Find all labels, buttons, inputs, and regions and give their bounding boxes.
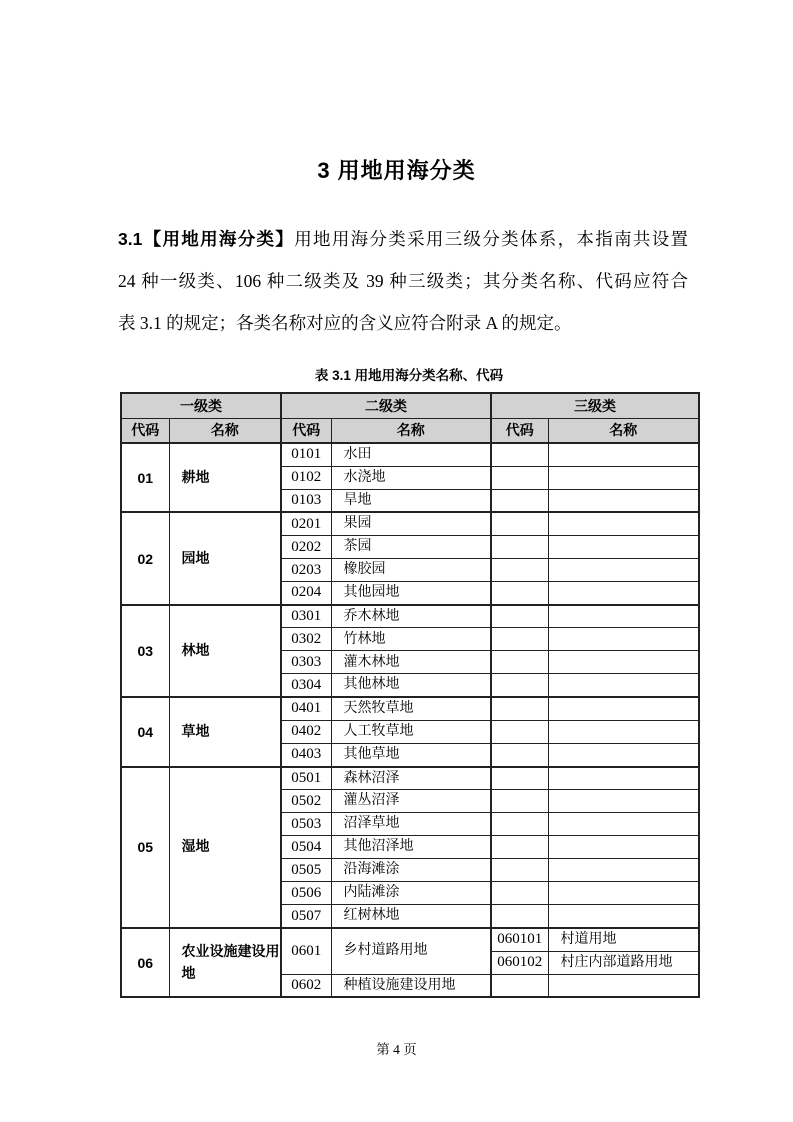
level3-code-cell	[491, 674, 548, 697]
level3-code-cell	[491, 882, 548, 905]
level3-name-cell	[548, 536, 699, 559]
level3-code-cell	[491, 582, 548, 605]
level1-code-cell: 01	[121, 443, 169, 512]
table-row: 02园地0201果园	[121, 512, 699, 535]
level2-code-cell: 0507	[281, 905, 331, 928]
level3-code-cell	[491, 651, 548, 674]
level1-name-cell: 耕地	[169, 443, 281, 512]
level2-code-cell: 0203	[281, 559, 331, 582]
level2-name-cell: 灌木林地	[331, 651, 491, 674]
level2-name-cell: 内陆滩涂	[331, 882, 491, 905]
level3-code-cell	[491, 512, 548, 535]
level1-name-cell: 农业设施建设用地	[169, 928, 281, 997]
level3-name-cell	[548, 813, 699, 836]
table-row: 04草地0401天然牧草地	[121, 697, 699, 720]
column-header-l2-name: 名称	[331, 418, 491, 443]
classification-table-body: 01耕地0101水田0102水浇地0103旱地02园地0201果园0202茶园0…	[121, 443, 699, 997]
table-row: 06农业设施建设用地0601乡村道路用地060101村道用地	[121, 928, 699, 951]
level1-code-cell: 05	[121, 767, 169, 928]
level1-code-cell: 06	[121, 928, 169, 997]
level2-code-cell: 0402	[281, 720, 331, 743]
level3-code-cell	[491, 720, 548, 743]
level2-name-cell: 沿海滩涂	[331, 859, 491, 882]
level2-code-cell: 0201	[281, 512, 331, 535]
column-header-l1-code: 代码	[121, 418, 169, 443]
level3-name-cell	[548, 905, 699, 928]
level2-code-cell: 0401	[281, 697, 331, 720]
paragraph-line-2: 24 种一级类、106 种二级类及 39 种三级类；其分类名称、代码应符合	[118, 260, 688, 302]
level2-name-cell: 天然牧草地	[331, 697, 491, 720]
level3-name-cell	[548, 767, 699, 790]
level3-code-cell	[491, 905, 548, 928]
level3-name-cell: 村道用地	[548, 928, 699, 951]
page-title: 3 用地用海分类	[0, 158, 793, 184]
level3-name-cell	[548, 697, 699, 720]
level3-code-cell	[491, 859, 548, 882]
level2-name-cell: 乡村道路用地	[331, 928, 491, 974]
paragraph-line-3: 表 3.1 的规定；各类名称对应的含义应符合附录 A 的规定。	[118, 302, 688, 344]
level2-code-cell: 0302	[281, 628, 331, 651]
level2-code-cell: 0204	[281, 582, 331, 605]
level2-name-cell: 水浇地	[331, 466, 491, 489]
level2-code-cell: 0506	[281, 882, 331, 905]
level2-code-cell: 0101	[281, 443, 331, 466]
level3-name-cell	[548, 651, 699, 674]
level3-code-cell	[491, 697, 548, 720]
level1-name-cell: 湿地	[169, 767, 281, 928]
level3-code-cell: 060101	[491, 928, 548, 951]
level3-code-cell	[491, 628, 548, 651]
level3-name-cell	[548, 836, 699, 859]
level2-code-cell: 0502	[281, 790, 331, 813]
paragraph-line-1-text: 用地用海分类采用三级分类体系，本指南共设置	[294, 229, 688, 249]
column-header-l3-code: 代码	[491, 418, 548, 443]
level2-name-cell: 水田	[331, 443, 491, 466]
table-caption: 表 3.1 用地用海分类名称、代码	[120, 366, 698, 386]
level3-code-cell	[491, 466, 548, 489]
table-row: 05湿地0501森林沼泽	[121, 767, 699, 790]
level2-code-cell: 0501	[281, 767, 331, 790]
level2-name-cell: 森林沼泽	[331, 767, 491, 790]
level1-name-cell: 草地	[169, 697, 281, 766]
level3-name-cell	[548, 489, 699, 512]
clause-lead-label: 3.1【用地用海分类】	[118, 229, 294, 249]
table-row: 03林地0301乔木林地	[121, 605, 699, 628]
column-header-row: 代码 名称 代码 名称 代码 名称	[121, 418, 699, 443]
level1-code-cell: 03	[121, 605, 169, 697]
level2-code-cell: 0202	[281, 536, 331, 559]
level3-code-cell	[491, 743, 548, 766]
column-header-l3-name: 名称	[548, 418, 699, 443]
level3-code-cell	[491, 836, 548, 859]
level3-code-cell	[491, 536, 548, 559]
level3-code-cell	[491, 767, 548, 790]
level3-name-cell	[548, 466, 699, 489]
level3-name-cell	[548, 605, 699, 628]
level3-name-cell	[548, 859, 699, 882]
level2-name-cell: 乔木林地	[331, 605, 491, 628]
level3-name-cell	[548, 882, 699, 905]
level2-name-cell: 橡胶园	[331, 559, 491, 582]
paragraph-line-1: 3.1【用地用海分类】用地用海分类采用三级分类体系，本指南共设置	[118, 218, 688, 260]
level3-code-cell	[491, 974, 548, 997]
body-paragraph: 3.1【用地用海分类】用地用海分类采用三级分类体系，本指南共设置 24 种一级类…	[118, 218, 688, 344]
level3-name-cell	[548, 512, 699, 535]
column-header-l2-code: 代码	[281, 418, 331, 443]
level1-code-cell: 02	[121, 512, 169, 604]
level2-name-cell: 人工牧草地	[331, 720, 491, 743]
level2-code-cell: 0303	[281, 651, 331, 674]
group-header-level3: 三级类	[491, 393, 699, 418]
page-number: 第 4 页	[0, 1038, 793, 1058]
group-header-row: 一级类 二级类 三级类	[121, 393, 699, 418]
level2-code-cell: 0301	[281, 605, 331, 628]
level3-code-cell	[491, 489, 548, 512]
level3-name-cell	[548, 582, 699, 605]
level2-code-cell: 0602	[281, 974, 331, 997]
level2-code-cell: 0505	[281, 859, 331, 882]
level3-code-cell	[491, 790, 548, 813]
level2-code-cell: 0403	[281, 743, 331, 766]
level2-name-cell: 竹林地	[331, 628, 491, 651]
level2-name-cell: 其他沼泽地	[331, 836, 491, 859]
level2-name-cell: 其他林地	[331, 674, 491, 697]
level3-code-cell	[491, 559, 548, 582]
level3-name-cell: 村庄内部道路用地	[548, 951, 699, 974]
level2-code-cell: 0102	[281, 466, 331, 489]
level3-code-cell: 060102	[491, 951, 548, 974]
level3-name-cell	[548, 559, 699, 582]
level3-name-cell	[548, 720, 699, 743]
level3-name-cell	[548, 974, 699, 997]
classification-table-head: 一级类 二级类 三级类 代码 名称 代码 名称 代码 名称	[121, 393, 699, 443]
level3-name-cell	[548, 628, 699, 651]
level3-name-cell	[548, 443, 699, 466]
level2-name-cell: 旱地	[331, 489, 491, 512]
level2-name-cell: 沼泽草地	[331, 813, 491, 836]
level2-name-cell: 其他草地	[331, 743, 491, 766]
level3-name-cell	[548, 790, 699, 813]
level3-name-cell	[548, 674, 699, 697]
level2-code-cell: 0504	[281, 836, 331, 859]
level3-code-cell	[491, 813, 548, 836]
level3-code-cell	[491, 443, 548, 466]
level2-code-cell: 0503	[281, 813, 331, 836]
group-header-level2: 二级类	[281, 393, 491, 418]
level3-name-cell	[548, 743, 699, 766]
level1-name-cell: 园地	[169, 512, 281, 604]
classification-table: 一级类 二级类 三级类 代码 名称 代码 名称 代码 名称 01耕地0101水田…	[120, 392, 700, 998]
document-page: 3 用地用海分类 3.1【用地用海分类】用地用海分类采用三级分类体系，本指南共设…	[0, 0, 793, 1122]
level2-name-cell: 其他园地	[331, 582, 491, 605]
level2-name-cell: 茶园	[331, 536, 491, 559]
level2-name-cell: 果园	[331, 512, 491, 535]
column-header-l1-name: 名称	[169, 418, 281, 443]
level3-code-cell	[491, 605, 548, 628]
level1-name-cell: 林地	[169, 605, 281, 697]
level2-code-cell: 0103	[281, 489, 331, 512]
table-row: 01耕地0101水田	[121, 443, 699, 466]
level2-code-cell: 0601	[281, 928, 331, 974]
group-header-level1: 一级类	[121, 393, 281, 418]
level1-code-cell: 04	[121, 697, 169, 766]
level2-name-cell: 种植设施建设用地	[331, 974, 491, 997]
level2-name-cell: 灌丛沼泽	[331, 790, 491, 813]
level2-code-cell: 0304	[281, 674, 331, 697]
level2-name-cell: 红树林地	[331, 905, 491, 928]
